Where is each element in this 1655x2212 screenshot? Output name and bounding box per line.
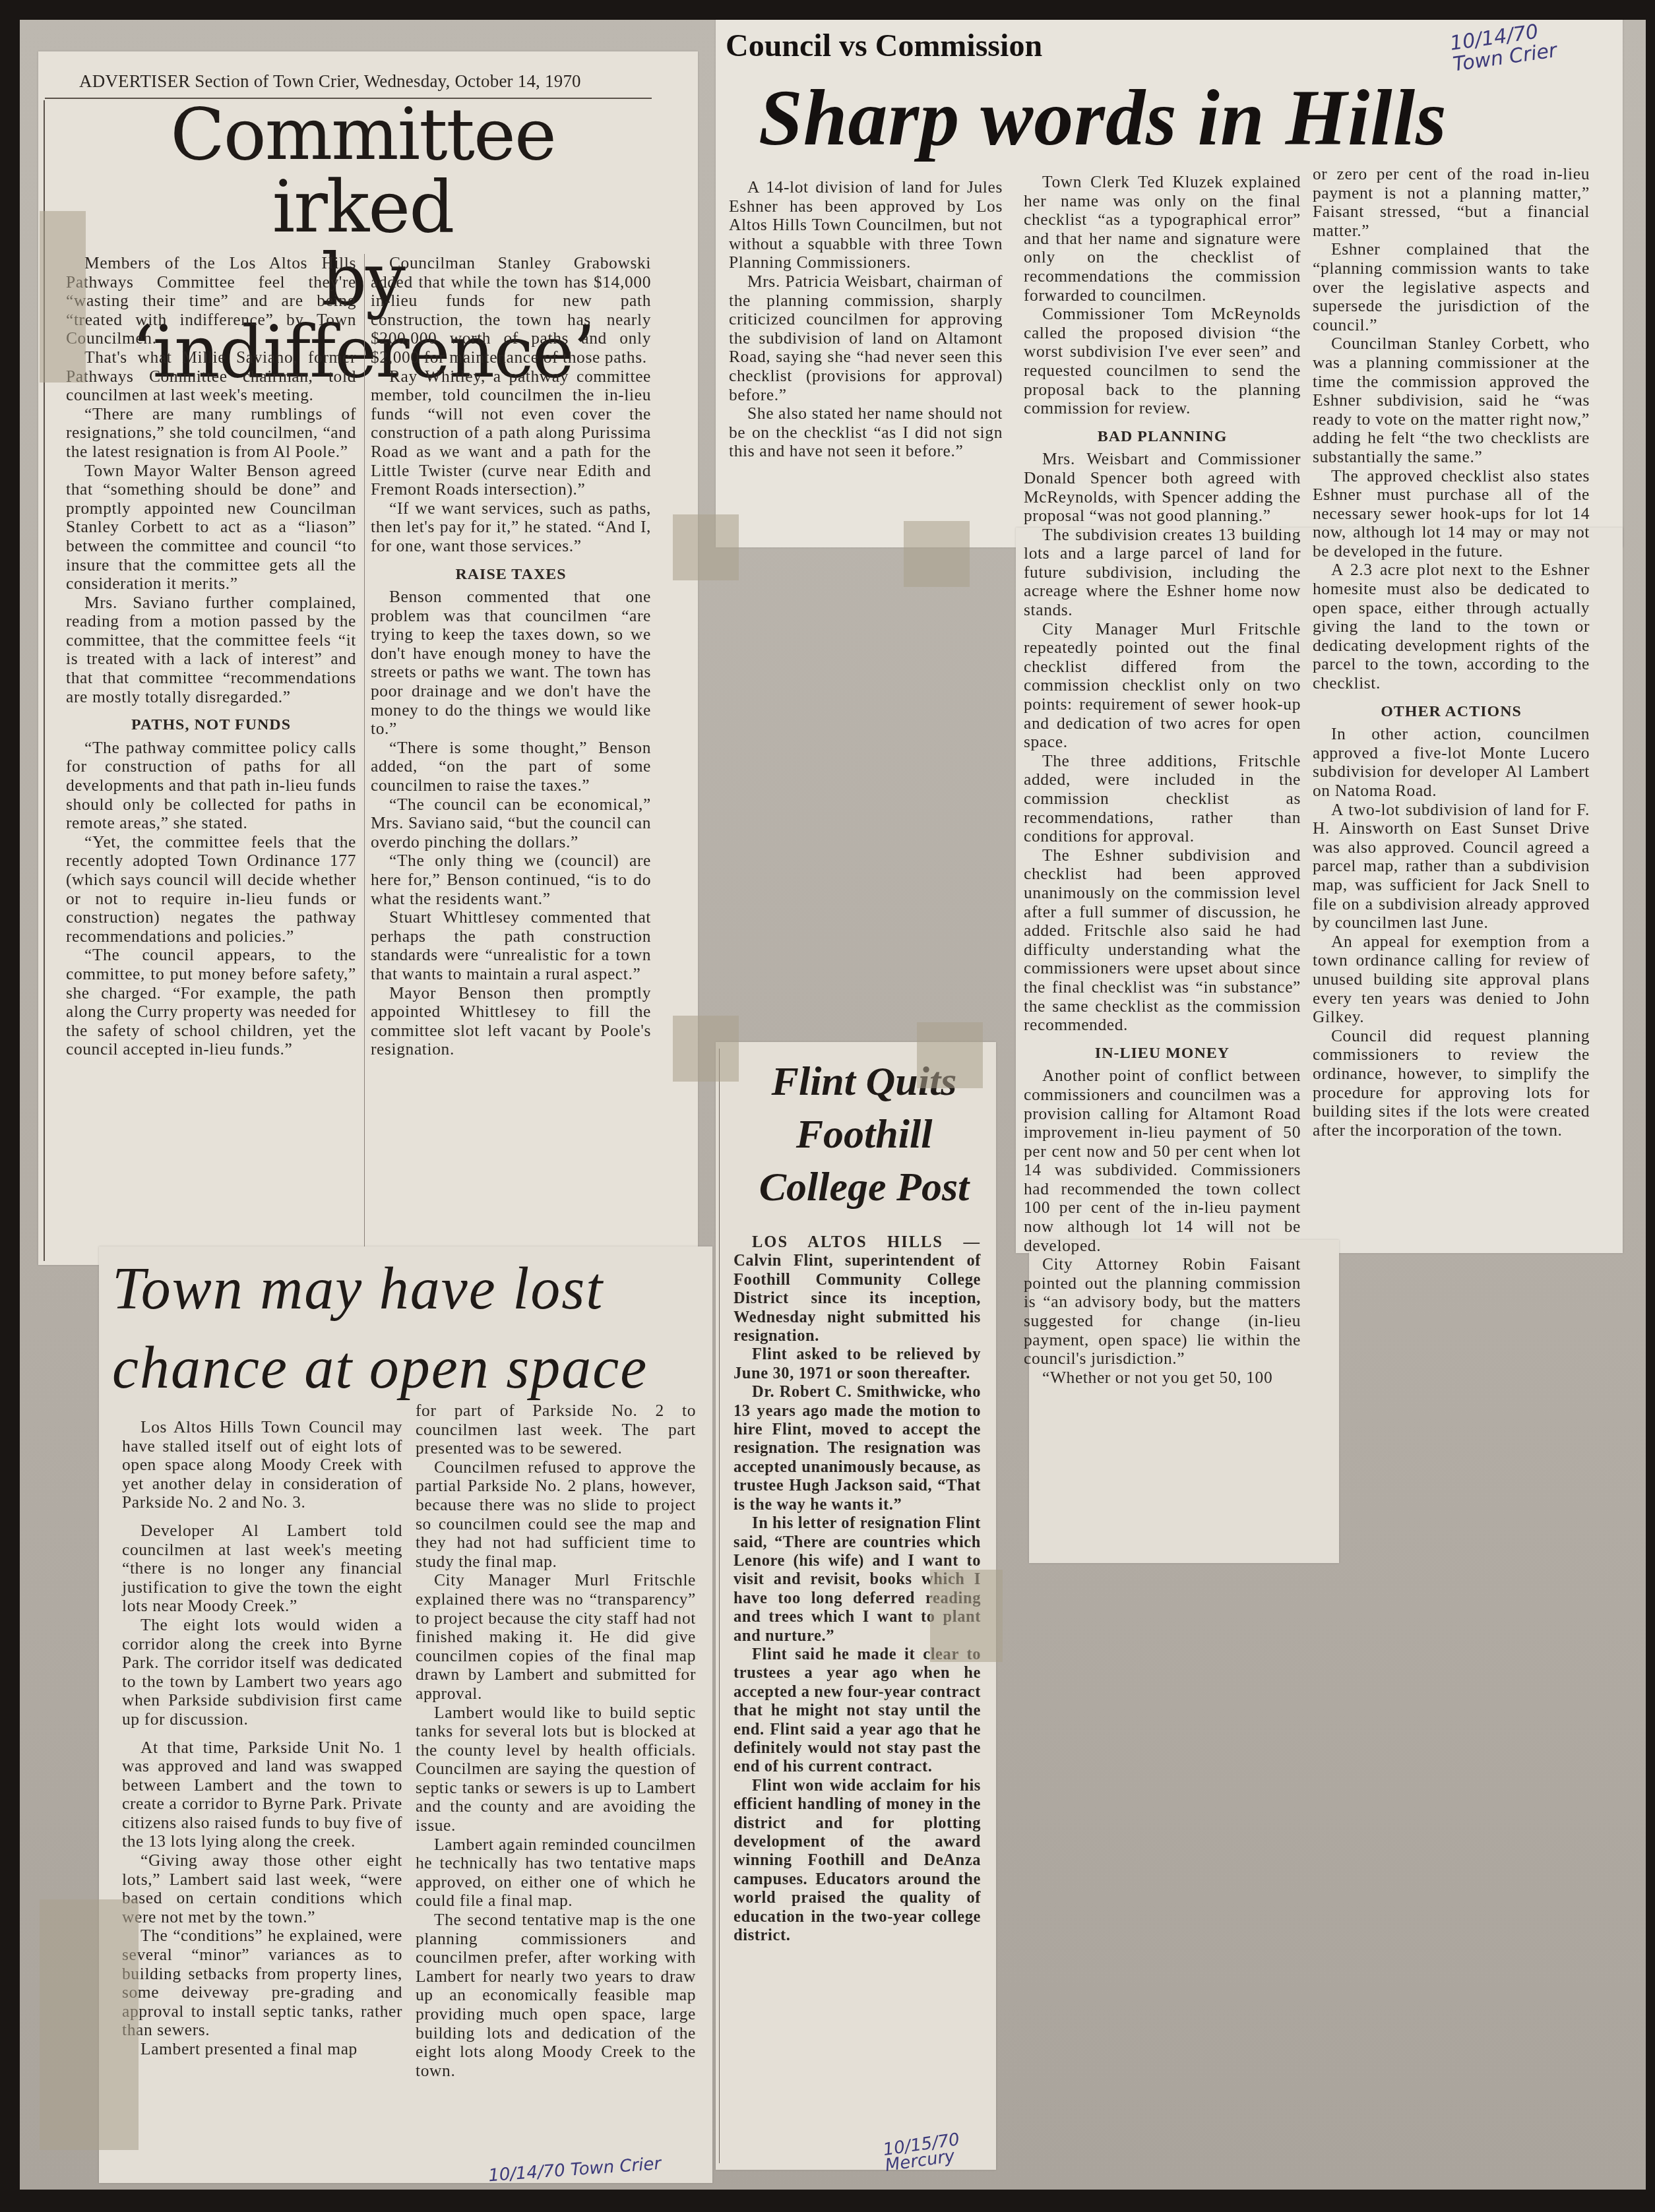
subhead-paths-not-funds: PATHS, NOT FUNDS <box>66 716 356 735</box>
tape <box>673 1016 739 1082</box>
headline-open-space: Town may have lost chance at open space <box>112 1250 693 1408</box>
masthead: ADVERTISER Section of Town Crier, Wednes… <box>79 71 581 92</box>
flint-border-left <box>719 1049 720 2163</box>
sharp-column-3: or zero per cent of the road in-lieu pay… <box>1313 165 1590 1140</box>
headline-sharp-words: Sharp words in Hills <box>759 73 1447 164</box>
column-divider <box>364 254 365 1256</box>
tape <box>904 521 970 587</box>
tape <box>930 1570 1003 1662</box>
subhead-other-actions: OTHER ACTIONS <box>1313 702 1590 722</box>
subhead-raise-taxes: RAISE TAXES <box>371 565 651 584</box>
committee-column-2: Councilman Stanley Grabowski added that … <box>371 254 651 1059</box>
sharp-column-1: A 14-lot division of land for Jules Eshn… <box>729 178 1003 461</box>
sharp-column-2: Town Clerk Ted Kluzek explained her name… <box>1024 173 1301 1387</box>
dateline: LOS ALTOS HILLS — <box>752 1233 981 1251</box>
tape <box>40 211 86 383</box>
tape <box>673 514 739 580</box>
subhead-bad-planning: BAD PLANNING <box>1024 427 1301 446</box>
open-space-column-1: Los Altos Hills Town Council may have st… <box>122 1418 402 2059</box>
subhead-in-lieu-money: IN-LIEU MONEY <box>1024 1044 1301 1063</box>
tape <box>917 1022 983 1088</box>
tape <box>40 1899 139 2150</box>
open-space-column-2: for part of Parkside No. 2 to councilmen… <box>416 1401 696 2080</box>
kicker-council-vs-commission: Council vs Commission <box>726 28 1042 64</box>
committee-column-1: Members of the Los Altos Hills Pathways … <box>66 254 356 1059</box>
